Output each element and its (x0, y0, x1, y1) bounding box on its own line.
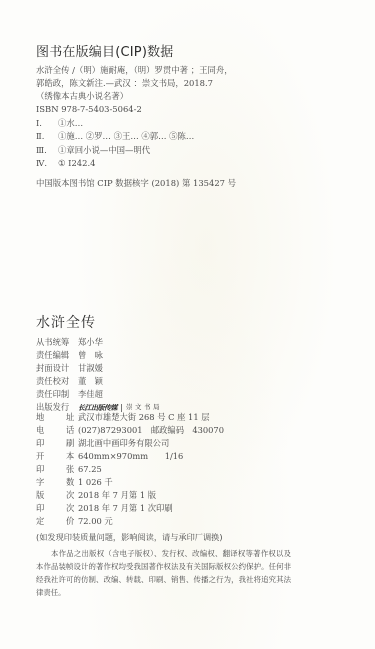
spec-row: 印刷湖北画中画印务有限公司 (36, 437, 224, 450)
spec-label: 地址 (36, 411, 78, 424)
credit-label: 责任编辑 (36, 349, 78, 362)
credit-label: 责任校对 (36, 375, 78, 388)
classification-num: Ⅰ. (36, 117, 58, 130)
spec-label: 字数 (36, 476, 78, 489)
spec-label: 版次 (36, 489, 78, 502)
spec-value: 72.00 元 (78, 516, 113, 526)
spec-label: 印刷 (36, 437, 78, 450)
copyright-page: 图书在版编目(CIP)数据 水浒全传 /（明）施耐庵，（明）罗贯中著 ；王同舟，… (0, 0, 375, 649)
cip-line: 水浒全传 /（明）施耐庵，（明）罗贯中著 ；王同舟， (36, 64, 233, 77)
specs-list: 地址武汉市雄楚大街 268 号 C 座 11 层 电话(027)87293001… (36, 411, 224, 528)
spec-value: 2018 年 7 月第 1 次印刷 (78, 503, 173, 513)
cip-approval-number: 中国版本图书馆 CIP 数据核字 (2018) 第 135427 号 (36, 177, 236, 189)
credit-value: 李佳超 (78, 389, 103, 399)
cip-record: 水浒全传 /（明）施耐庵，（明）罗贯中著 ；王同舟， 郭皓政，陈文新注.—武汉 … (36, 64, 233, 116)
cip-line: （绣像本古典小说名著） (36, 90, 233, 103)
spec-row: 开本640mm×970mm 1/16 (36, 450, 224, 463)
classification-text: ①水… (58, 118, 83, 128)
credit-label: 从书统筹 (36, 336, 78, 349)
spec-row: 定价72.00 元 (36, 515, 224, 528)
credit-row: 责任印制李佳超 (36, 388, 162, 401)
spec-value: 1 026 千 (78, 477, 113, 487)
classification-num: Ⅳ. (36, 157, 58, 170)
cip-heading: 图书在版编目(CIP)数据 (36, 41, 174, 60)
classification-text: ① I242.4 (58, 158, 95, 168)
spec-value: 67.25 (78, 464, 102, 474)
cip-line: 郭皓政，陈文新注.—武汉 ：崇文书局，2018.7 (36, 77, 233, 90)
copyright-statement: 本作品之出版权（含电子版权）、发行权、改编权、翻译权等著作权以及本作品装帧设计的… (36, 547, 291, 599)
spec-row: 电话(027)87293001 邮政编码 430070 (36, 424, 224, 437)
classification-item: Ⅲ.①章回小说—中国—明代 (36, 144, 194, 157)
classification-item: Ⅰ.①水… (36, 117, 194, 130)
book-title: 水浒全传 (36, 312, 96, 332)
spec-label: 定价 (36, 515, 78, 528)
spec-row: 印张67.25 (36, 463, 224, 476)
classification-item: Ⅳ.① I242.4 (36, 157, 194, 170)
spec-value: 武汉市雄楚大街 268 号 C 座 11 层 (78, 412, 210, 422)
spec-label: 印张 (36, 463, 78, 476)
spec-row: 地址武汉市雄楚大街 268 号 C 座 11 层 (36, 411, 224, 424)
spec-row: 版次2018 年 7 月第 1 版 (36, 489, 224, 502)
classification-num: Ⅲ. (36, 144, 58, 157)
classification-item: Ⅱ.①施… ②罗… ③王… ④郭… ⑤陈… (36, 130, 194, 143)
credit-label: 封面设计 (36, 362, 78, 375)
spec-value: (027)87293001 邮政编码 430070 (78, 425, 224, 435)
spec-row: 字数1 026 千 (36, 476, 224, 489)
credit-row: 封面设计甘淑媛 (36, 362, 162, 375)
credit-row: 从书统筹郑小华 (36, 336, 162, 349)
spec-label: 开本 (36, 450, 78, 463)
print-quality-notice: (如发现印装质量问题，影响阅读，请与承印厂调换) (36, 532, 223, 543)
spec-label: 电话 (36, 424, 78, 437)
spec-value: 2018 年 7 月第 1 版 (78, 490, 156, 500)
isbn: ISBN 978-7-5403-5064-2 (36, 103, 233, 116)
credit-row: 责任编辑曾 咏 (36, 349, 162, 362)
credit-value: 郑小华 (78, 337, 103, 347)
credit-row: 责任校对董 颖 (36, 375, 162, 388)
spec-value: 640mm×970mm 1/16 (78, 451, 183, 461)
spec-label: 印次 (36, 502, 78, 515)
credit-value: 董 颖 (78, 376, 103, 386)
credit-value: 曾 咏 (78, 350, 103, 360)
classification-text: ①施… ②罗… ③王… ④郭… ⑤陈… (58, 131, 194, 141)
spec-value: 湖北画中画印务有限公司 (78, 438, 169, 448)
spec-row: 印次2018 年 7 月第 1 次印刷 (36, 502, 224, 515)
credit-label: 责任印制 (36, 388, 78, 401)
credits-list: 从书统筹郑小华 责任编辑曾 咏 封面设计甘淑媛 责任校对董 颖 责任印制李佳超 … (36, 336, 162, 414)
classification-num: Ⅱ. (36, 130, 58, 143)
classification-list: Ⅰ.①水… Ⅱ.①施… ②罗… ③王… ④郭… ⑤陈… Ⅲ.①章回小说—中国—明… (36, 117, 194, 170)
credit-value: 甘淑媛 (78, 363, 103, 373)
classification-text: ①章回小说—中国—明代 (58, 145, 150, 155)
